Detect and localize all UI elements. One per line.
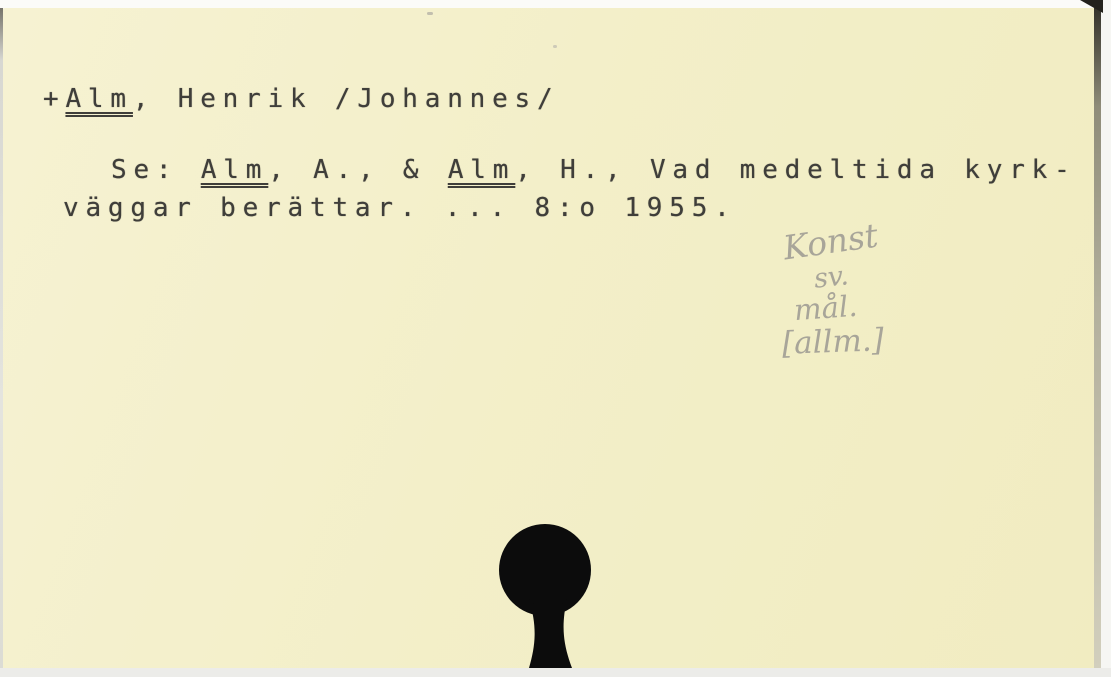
- card-left-edge: [0, 8, 3, 668]
- referenced-surname-2: Alm: [448, 155, 515, 185]
- see-label: Se:: [111, 155, 201, 185]
- referenced-surname-1: Alm: [201, 155, 268, 185]
- reference-line-2: väggar berättar. ... 8:o 1955.: [63, 191, 737, 225]
- card-right-edge-shadow: [1094, 8, 1101, 668]
- heading-plus-mark: +: [43, 84, 65, 114]
- heading-rest: , Henrik /Johannes/: [133, 84, 560, 114]
- catalog-card-scan: +Alm, Henrik /Johannes/ Se: Alm, A., & A…: [0, 0, 1111, 677]
- reference-middle: , A., &: [268, 155, 448, 185]
- scan-speck: [553, 45, 557, 48]
- reference-tail: , H., Vad medeltida kyrk-: [515, 155, 1076, 185]
- heading-line: +Alm, Henrik /Johannes/: [43, 82, 559, 116]
- scan-background-bottom: [0, 668, 1111, 677]
- pencil-note-mal: mål.: [793, 289, 859, 327]
- pencil-note-allm: [allm.]: [781, 322, 884, 362]
- reference-line-1: Se: Alm, A., & Alm, H., Vad medeltida ky…: [111, 153, 1077, 187]
- scan-background-right: [1101, 0, 1111, 677]
- heading-surname: Alm: [65, 84, 132, 114]
- scan-speck: [427, 12, 433, 15]
